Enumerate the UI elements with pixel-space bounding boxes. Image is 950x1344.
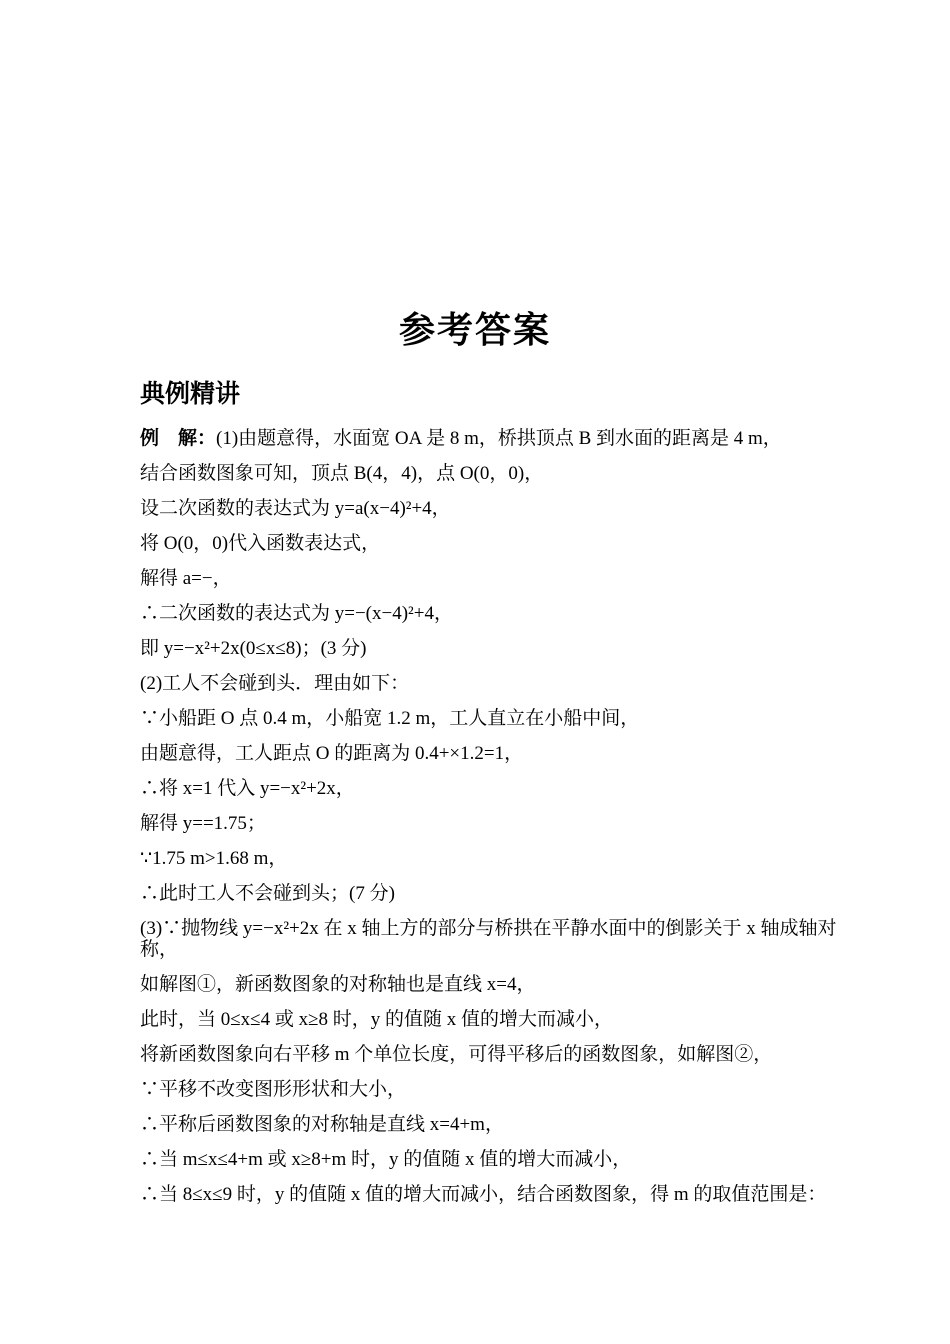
solution-line-4: 将 O(0，0)代入函数表达式，: [140, 533, 850, 554]
example-label: 例 解：: [140, 428, 216, 449]
solution-line-20: ∴平称后函数图象的对称轴是直线 x=4+m，: [140, 1114, 850, 1135]
solution-content: 例 解：(1)由题意得，水面宽 OA 是 8 m，桥拱顶点 B 到水面的距离是 …: [140, 428, 850, 1205]
solution-line-16: 如解图①，新函数图象的对称轴也是直线 x=4，: [140, 974, 850, 995]
section-heading: 典例精讲: [140, 378, 850, 410]
solution-line-21: ∴当 m≤x≤4+m 或 x≥8+m 时，y 的值随 x 值的增大而减小，: [140, 1149, 850, 1170]
solution-line-18: 将新函数图象向右平移 m 个单位长度，可得平移后的函数图象，如解图②，: [140, 1044, 850, 1065]
solution-line-6: ∴二次函数的表达式为 y=−(x−4)²+4，: [140, 603, 850, 624]
solution-line-7: 即 y=−x²+2x(0≤x≤8)；(3 分): [140, 638, 850, 659]
solution-line-10: 由题意得，工人距点 O 的距离为 0.4+×1.2=1，: [140, 743, 850, 764]
solution-line-2: 结合函数图象可知，顶点 B(4，4)，点 O(0，0)，: [140, 463, 850, 484]
solution-line-14: ∴此时工人不会碰到头；(7 分): [140, 883, 850, 904]
solution-line-1: 例 解：(1)由题意得，水面宽 OA 是 8 m，桥拱顶点 B 到水面的距离是 …: [140, 428, 850, 449]
solution-line-8: (2)工人不会碰到头．理由如下：: [140, 673, 850, 694]
solution-line-19: ∵平移不改变图形形状和大小，: [140, 1079, 850, 1100]
page-title: 参考答案: [0, 310, 950, 352]
document-page: 参考答案 典例精讲 例 解：(1)由题意得，水面宽 OA 是 8 m，桥拱顶点 …: [0, 0, 950, 1344]
solution-line-17: 此时，当 0≤x≤4 或 x≥8 时，y 的值随 x 值的增大而减小，: [140, 1009, 850, 1030]
solution-line-13: ∵1.75 m>1.68 m，: [140, 848, 850, 869]
solution-line-15: (3)∵抛物线 y=−x²+2x 在 x 轴上方的部分与桥拱在平静水面中的倒影关…: [140, 918, 850, 960]
solution-line-5: 解得 a=−，: [140, 568, 850, 589]
solution-line-1-text: (1)由题意得，水面宽 OA 是 8 m，桥拱顶点 B 到水面的距离是 4 m，: [216, 428, 782, 449]
solution-line-9: ∵小船距 O 点 0.4 m，小船宽 1.2 m，工人直立在小船中间，: [140, 708, 850, 729]
solution-line-12: 解得 y==1.75；: [140, 813, 850, 834]
solution-line-22: ∴当 8≤x≤9 时，y 的值随 x 值的增大而减小，结合函数图象，得 m 的取…: [140, 1184, 850, 1205]
solution-line-11: ∴将 x=1 代入 y=−x²+2x，: [140, 778, 850, 799]
solution-line-3: 设二次函数的表达式为 y=a(x−4)²+4，: [140, 498, 850, 519]
